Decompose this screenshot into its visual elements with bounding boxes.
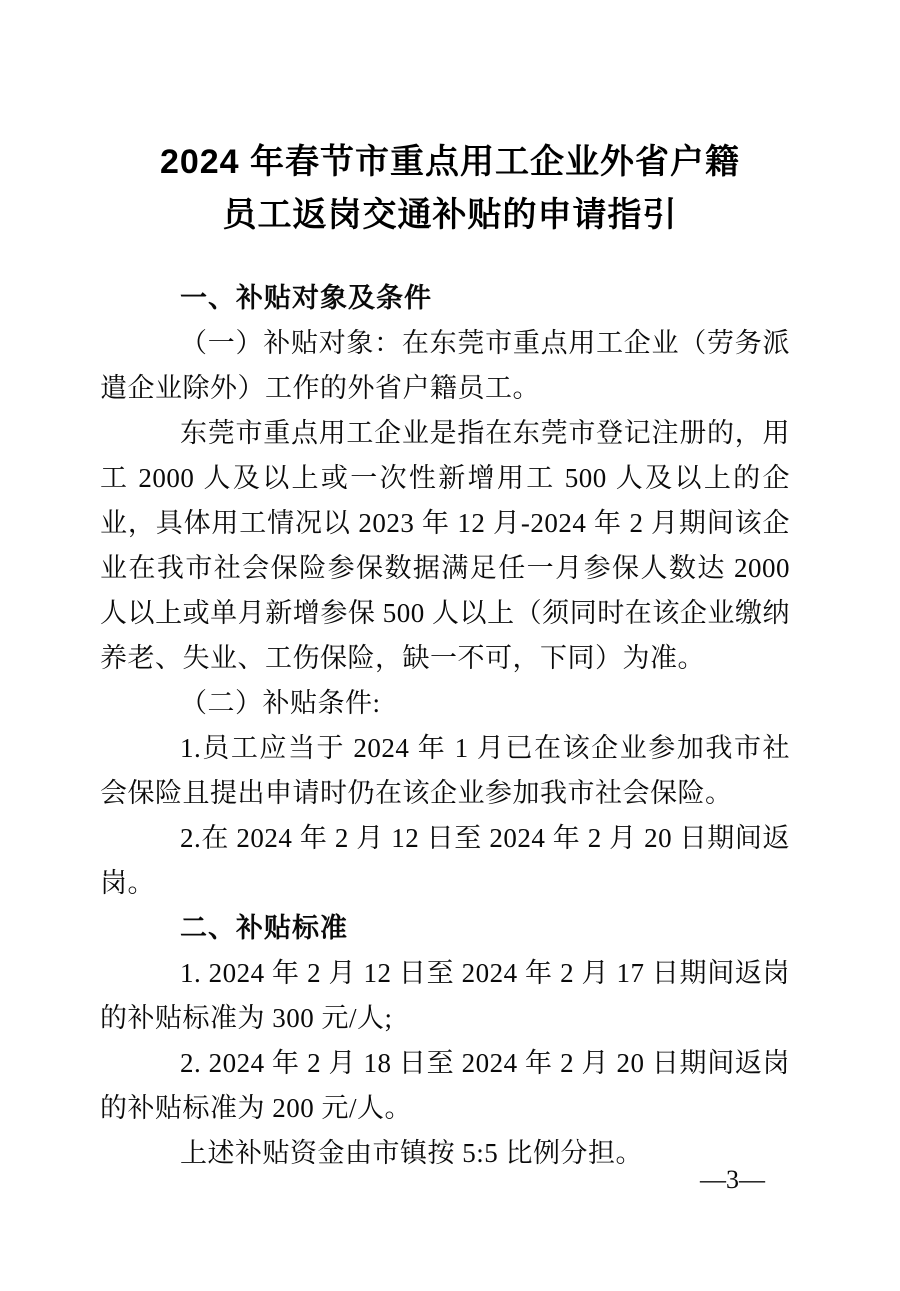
- page-number: —3—: [700, 1165, 765, 1195]
- paragraph-standard-2: 2. 2024 年 2 月 18 日至 2024 年 2 月 20 日期间返岗的…: [100, 1041, 790, 1131]
- document-title: 2024 年春节市重点用工企业外省户籍 员工返岗交通补贴的申请指引: [0, 136, 900, 242]
- paragraph-condition-1: 1.员工应当于 2024 年 1 月已在该企业参加我市社会保险且提出申请时仍在该…: [100, 726, 790, 816]
- section-heading-subsidy-targets-and-conditions: 一、补贴对象及条件: [100, 276, 790, 321]
- paragraph-funding-split: 上述补贴资金由市镇按 5:5 比例分担。: [100, 1131, 790, 1176]
- section-heading-subsidy-standard: 二、补贴标准: [100, 906, 790, 951]
- document-title-line-1: 2024 年春节市重点用工企业外省户籍: [0, 136, 900, 189]
- document-body: 一、补贴对象及条件 （一）补贴对象：在东莞市重点用工企业（劳务派遣企业除外）工作…: [100, 276, 790, 1176]
- paragraph-condition-2: 2.在 2024 年 2 月 12 日至 2024 年 2 月 20 日期间返岗…: [100, 816, 790, 906]
- paragraph-standard-1: 1. 2024 年 2 月 12 日至 2024 年 2 月 17 日期间返岗的…: [100, 951, 790, 1041]
- paragraph-key-enterprise-definition: 东莞市重点用工企业是指在东莞市登记注册的，用工 2000 人及以上或一次性新增用…: [100, 411, 790, 681]
- paragraph-subsidy-target: （一）补贴对象：在东莞市重点用工企业（劳务派遣企业除外）工作的外省户籍员工。: [100, 321, 790, 411]
- paragraph-subsidy-conditions-label: （二）补贴条件:: [100, 681, 790, 726]
- document-title-line-2: 员工返岗交通补贴的申请指引: [0, 189, 900, 242]
- scanned-document-page: 2024 年春节市重点用工企业外省户籍 员工返岗交通补贴的申请指引 一、补贴对象…: [0, 0, 900, 1291]
